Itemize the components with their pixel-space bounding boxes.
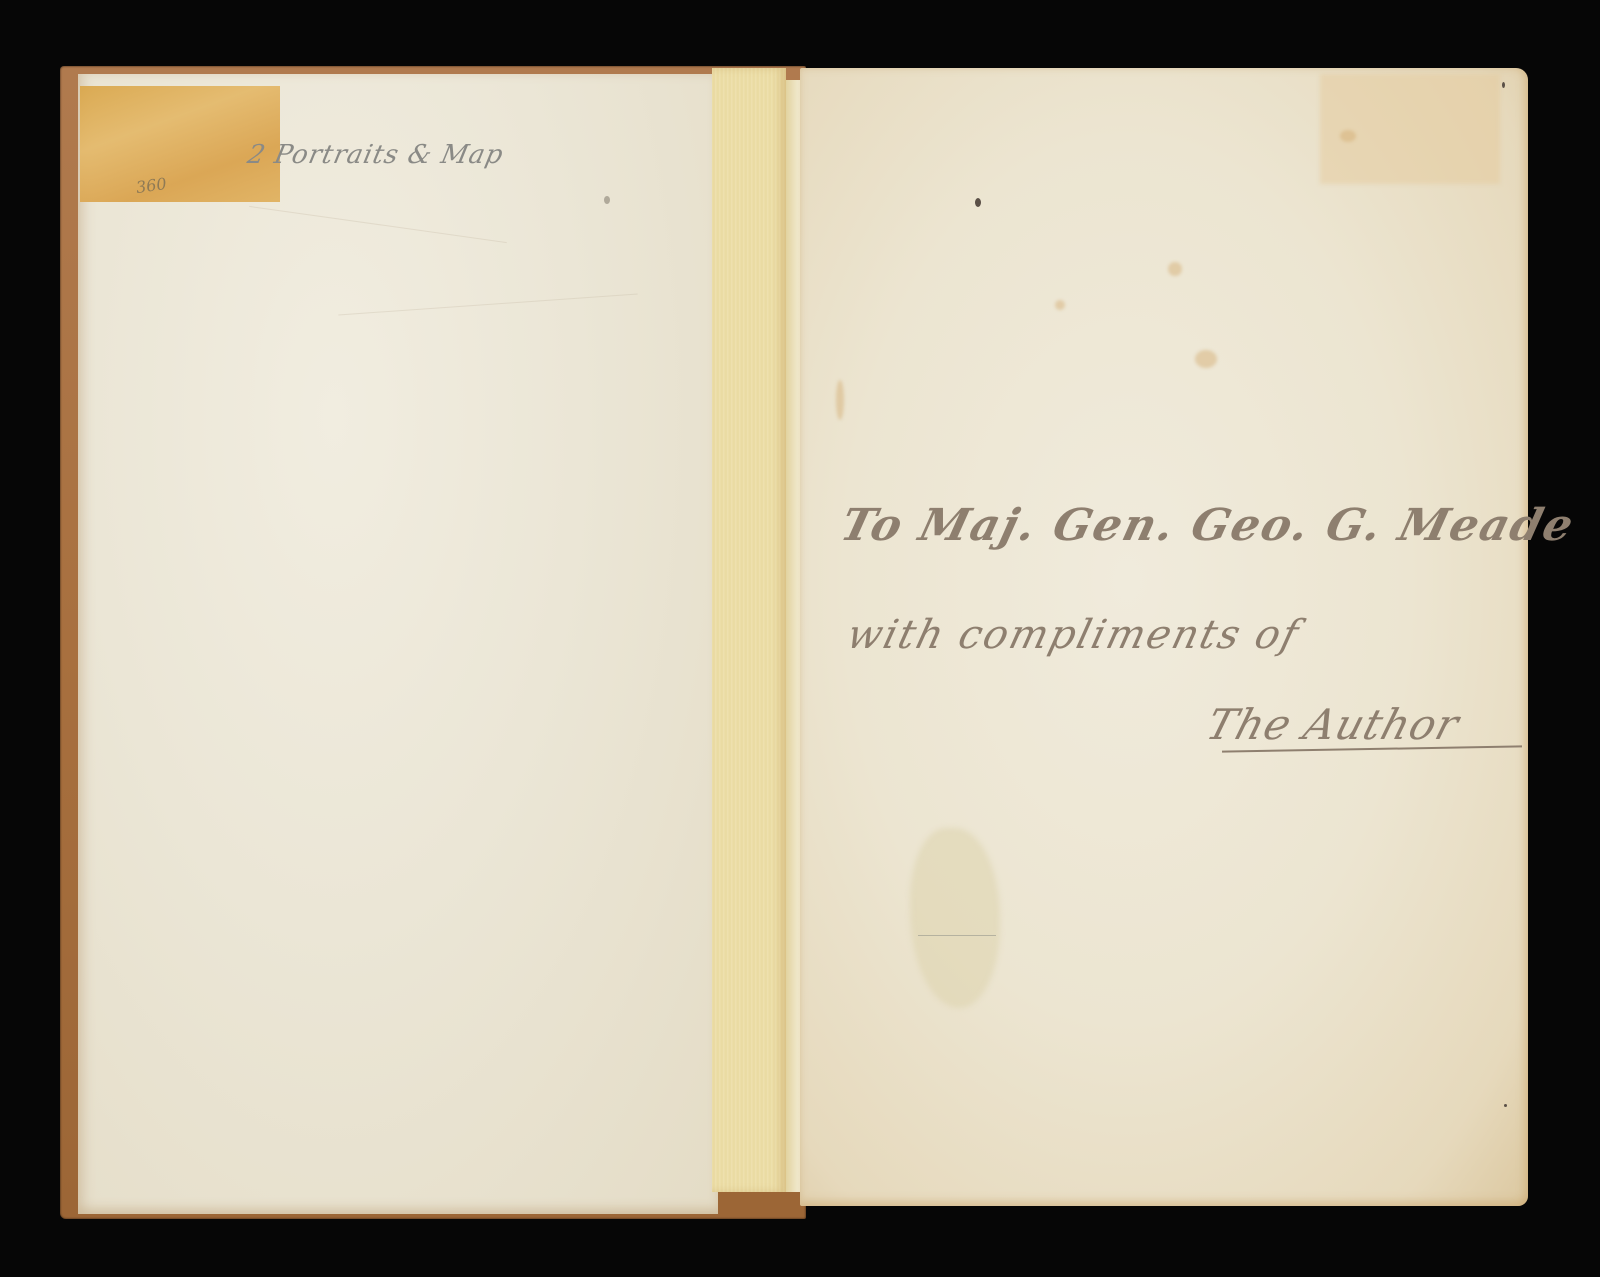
ink-spot — [1502, 82, 1505, 88]
foxing-spot — [1168, 262, 1182, 276]
ink-spot — [975, 198, 981, 207]
foxing-spot — [1340, 130, 1356, 142]
foxing-spot — [1195, 350, 1217, 368]
ink-spot — [1504, 1104, 1507, 1107]
open-book: 2 Portraits & Map 360 To Maj. Gen. Geo. … — [0, 0, 1600, 1277]
foxing-spot — [1055, 300, 1065, 310]
pencil-annotation: 2 Portraits & Map — [245, 140, 507, 170]
cloth-hinge-spine — [712, 68, 786, 1192]
inscription-compliments: with compliments of — [842, 612, 1304, 658]
inscription-signature: The Author — [1201, 700, 1465, 749]
stain-mark — [918, 935, 996, 936]
offset-stain — [1320, 74, 1500, 184]
paper-crease — [249, 206, 507, 243]
paper-crease — [338, 294, 637, 316]
foxing-spot — [604, 196, 610, 204]
front-pastedown-page — [78, 74, 718, 1214]
foxing-spot — [836, 380, 844, 420]
inscription-recipient: To Maj. Gen. Geo. G. Meade — [836, 500, 1580, 551]
